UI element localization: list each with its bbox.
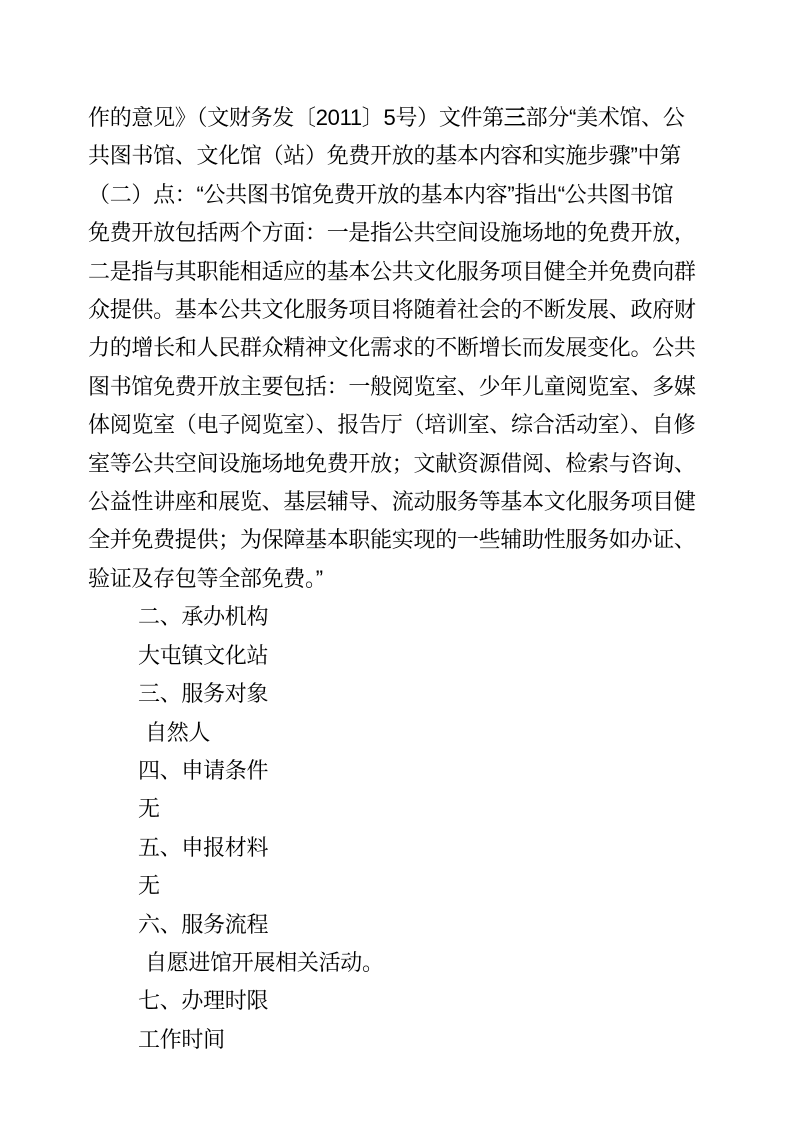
- section-content-application-materials: 无: [138, 867, 715, 905]
- paragraph-bold-segment: 三: [504, 105, 526, 130]
- paragraph-text-segment: 作的意见》（文财务发〔2011〕5号）文件第: [88, 105, 504, 130]
- paragraph-line: 体阅览室（电子阅览室）、报告厅（培训室、综合活动室）、自修: [88, 406, 715, 444]
- paragraph-line: 全并免费提供；为保障基本职能实现的一些辅助性服务如办证、: [88, 521, 715, 559]
- paragraph-line: 二是指与其职能相适应的基本公共文化服务项目健全并免费向群: [88, 253, 715, 291]
- section-content-service-target: 自然人: [145, 714, 715, 752]
- paragraph-line: 力的增长和人民群众精神文化需求的不断增长而发展变化。公共: [88, 329, 715, 367]
- paragraph-line: 共图书馆、文化馆（站）免费开放的基本内容和实施步骤”中第: [88, 137, 715, 175]
- section-heading-application-conditions: 四、申请条件: [138, 752, 715, 790]
- paragraph-line: 公益性讲座和展览、基层辅导、流动服务等基本文化服务项目健: [88, 483, 715, 521]
- section-content-processing-time: 工作时间: [138, 1021, 715, 1059]
- paragraph-line: 图书馆免费开放主要包括：一般阅览室、少年儿童阅览室、多媒: [88, 368, 715, 406]
- section-content-service-process: 自愿进馆开展相关活动。: [145, 944, 715, 982]
- paragraph-line: （二）点：“公共图书馆免费开放的基本内容”指出“公共图书馆: [88, 176, 715, 214]
- section-content-organizing-body: 大屯镇文化站: [138, 637, 715, 675]
- document-page: 作的意见》（文财务发〔2011〕5号）文件第三部分“美术馆、公 共图书馆、文化馆…: [0, 0, 793, 1122]
- paragraph-line: 众提供。基本公共文化服务项目将随着社会的不断发展、政府财: [88, 291, 715, 329]
- section-content-application-conditions: 无: [138, 790, 715, 828]
- section-heading-organizing-body: 二、承办机构: [138, 598, 715, 636]
- paragraph-text-segment: 部分“美术馆、公: [526, 105, 685, 130]
- paragraph-line: 室等公共空间设施场地免费开放；文献资源借阅、检索与咨询、: [88, 445, 715, 483]
- section-heading-service-process: 六、服务流程: [138, 906, 715, 944]
- paragraph-line: 免费开放包括两个方面：一是指公共空间设施场地的免费开放，: [88, 214, 715, 252]
- section-heading-service-target: 三、服务对象: [138, 675, 715, 713]
- paragraph-line: 验证及存包等全部免费。”: [88, 560, 715, 598]
- document-body-paragraph: 作的意见》（文财务发〔2011〕5号）文件第三部分“美术馆、公 共图书馆、文化馆…: [88, 99, 715, 598]
- paragraph-line: 作的意见》（文财务发〔2011〕5号）文件第三部分“美术馆、公: [88, 99, 715, 137]
- section-heading-application-materials: 五、申报材料: [138, 829, 715, 867]
- section-heading-processing-time: 七、办理时限: [138, 982, 715, 1020]
- document-sections: 二、承办机构 大屯镇文化站 三、服务对象 自然人 四、申请条件 无 五、申报材料…: [88, 598, 715, 1059]
